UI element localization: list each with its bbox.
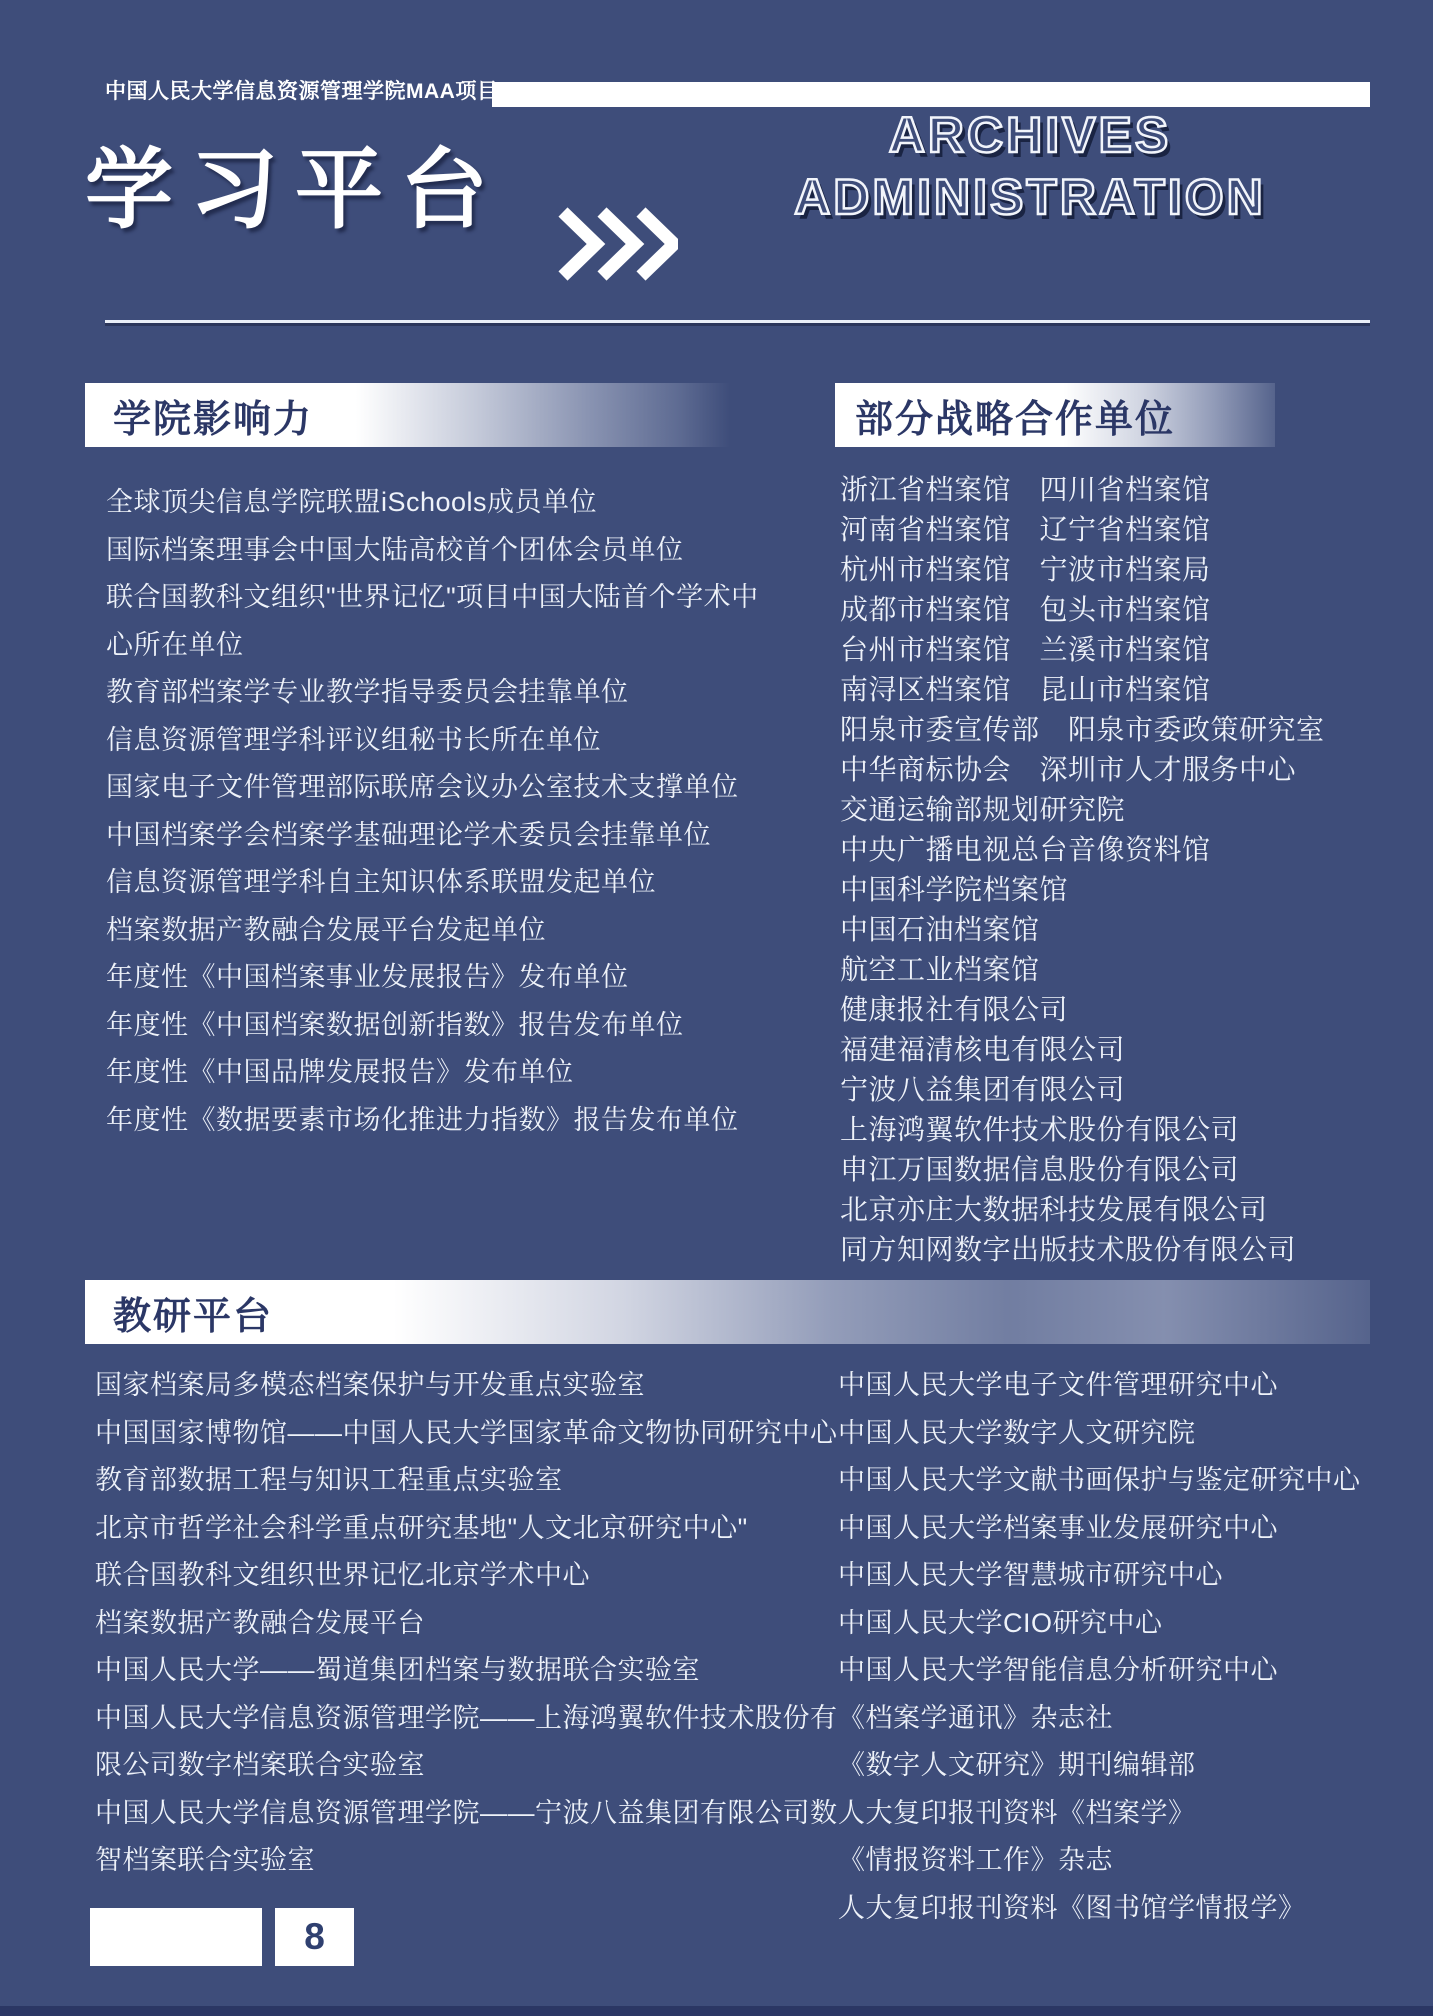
title-en-line2: ADMINISTRATION xyxy=(700,166,1360,228)
influence-list: 全球顶尖信息学院联盟iSchools成员单位国际档案理事会中国大陆高校首个团体会… xyxy=(106,479,774,1144)
list-item: 中国档案学会档案学基础理论学术委员会挂靠单位 xyxy=(106,812,774,860)
partners-list: 浙江省档案馆 四川省档案馆河南省档案馆 辽宁省档案馆杭州市档案馆 宁波市档案局成… xyxy=(840,470,1370,1270)
section-heading-influence: 学院影响力 xyxy=(85,383,730,447)
list-item: 中国人民大学信息资源管理学院——上海鸿翼软件技术股份有限公司数字档案联合实验室 xyxy=(95,1695,857,1790)
list-item: 交通运输部规划研究院 xyxy=(840,790,1370,830)
brochure-page: 中国人民大学信息资源管理学院MAA项目 学习平台 ARCHIVES ADMINI… xyxy=(0,0,1433,2016)
list-item: 中华商标协会 深圳市人才服务中心 xyxy=(840,750,1370,790)
list-item: 年度性《中国品牌发展报告》发布单位 xyxy=(106,1049,774,1097)
list-item: 年度性《中国档案事业发展报告》发布单位 xyxy=(106,954,774,1002)
list-item: 全球顶尖信息学院联盟iSchools成员单位 xyxy=(106,479,774,527)
list-item: 中国国家博物馆——中国人民大学国家革命文物协同研究中心 xyxy=(95,1410,857,1458)
page-number-box: 8 xyxy=(275,1908,354,1966)
program-label: 中国人民大学信息资源管理学院MAA项目 xyxy=(105,78,498,106)
triple-right-chevron-icon xyxy=(556,206,678,282)
list-item: 信息资源管理学科评议组秘书长所在单位 xyxy=(106,717,774,765)
page-title-english: ARCHIVES ADMINISTRATION xyxy=(700,104,1360,228)
list-item: 中国科学院档案馆 xyxy=(840,870,1370,910)
list-item: 南浔区档案馆 昆山市档案馆 xyxy=(840,670,1370,710)
list-item: 联合国教科文组织世界记忆北京学术中心 xyxy=(95,1552,857,1600)
list-item: 杭州市档案馆 宁波市档案局 xyxy=(840,550,1370,590)
list-item: 国家档案局多模态档案保护与开发重点实验室 xyxy=(95,1362,857,1410)
list-item: 中国人民大学文献书画保护与鉴定研究中心 xyxy=(838,1457,1398,1505)
list-item: 中国人民大学CIO研究中心 xyxy=(838,1600,1398,1648)
list-item: 阳泉市委宣传部 阳泉市委政策研究室 xyxy=(840,710,1370,750)
title-en-line1: ARCHIVES xyxy=(700,104,1360,166)
list-item: 中国人民大学智能信息分析研究中心 xyxy=(838,1647,1398,1695)
list-item: 上海鸿翼软件技术股份有限公司 xyxy=(840,1110,1370,1150)
platforms-list-right: 中国人民大学电子文件管理研究中心中国人民大学数字人文研究院中国人民大学文献书画保… xyxy=(838,1362,1398,1932)
platforms-list-left: 国家档案局多模态档案保护与开发重点实验室中国国家博物馆——中国人民大学国家革命文… xyxy=(95,1362,857,1885)
list-item: 中国人民大学档案事业发展研究中心 xyxy=(838,1505,1398,1553)
list-item: 航空工业档案馆 xyxy=(840,950,1370,990)
list-item: 年度性《数据要素市场化推进力指数》报告发布单位 xyxy=(106,1097,774,1145)
list-item: 申江万国数据信息股份有限公司 xyxy=(840,1150,1370,1190)
footer-white-box xyxy=(90,1908,262,1966)
list-item: 福建福清核电有限公司 xyxy=(840,1030,1370,1070)
list-item: 中国人民大学信息资源管理学院——宁波八益集团有限公司数智档案联合实验室 xyxy=(95,1790,857,1885)
page-title: 学习平台 xyxy=(85,142,505,238)
list-item: 中国石油档案馆 xyxy=(840,910,1370,950)
list-item: 中国人民大学电子文件管理研究中心 xyxy=(838,1362,1398,1410)
list-item: 成都市档案馆 包头市档案馆 xyxy=(840,590,1370,630)
list-item: 中央广播电视总台音像资料馆 xyxy=(840,830,1370,870)
heading-label: 学院影响力 xyxy=(113,388,313,443)
list-item: 国际档案理事会中国大陆高校首个团体会员单位 xyxy=(106,527,774,575)
section-heading-platforms: 教研平台 xyxy=(85,1280,1370,1344)
list-item: 教育部档案学专业教学指导委员会挂靠单位 xyxy=(106,669,774,717)
list-item: 台州市档案馆 兰溪市档案馆 xyxy=(840,630,1370,670)
list-item: 北京市哲学社会科学重点研究基地"人文北京研究中心" xyxy=(95,1505,857,1553)
divider-rule xyxy=(105,320,1370,323)
list-item: 宁波八益集团有限公司 xyxy=(840,1070,1370,1110)
list-item: 健康报社有限公司 xyxy=(840,990,1370,1030)
list-item: 国家电子文件管理部际联席会议办公室技术支撑单位 xyxy=(106,764,774,812)
list-item: 联合国教科文组织"世界记忆"项目中国大陆首个学术中心所在单位 xyxy=(106,574,774,669)
list-item: 年度性《中国档案数据创新指数》报告发布单位 xyxy=(106,1002,774,1050)
list-item: 人大复印报刊资料《图书馆学情报学》 xyxy=(838,1885,1398,1933)
page-number: 8 xyxy=(304,1916,325,1958)
list-item: 同方知网数字出版技术股份有限公司 xyxy=(840,1230,1370,1270)
list-item: 信息资源管理学科自主知识体系联盟发起单位 xyxy=(106,859,774,907)
list-item: 教育部数据工程与知识工程重点实验室 xyxy=(95,1457,857,1505)
list-item: 档案数据产教融合发展平台 xyxy=(95,1600,857,1648)
list-item: 河南省档案馆 辽宁省档案馆 xyxy=(840,510,1370,550)
list-item: 《数字人文研究》期刊编辑部 xyxy=(838,1742,1398,1790)
bottom-edge-strip xyxy=(0,2006,1433,2016)
list-item: 档案数据产教融合发展平台发起单位 xyxy=(106,907,774,955)
list-item: 北京亦庄大数据科技发展有限公司 xyxy=(840,1190,1370,1230)
list-item: 浙江省档案馆 四川省档案馆 xyxy=(840,470,1370,510)
list-item: 《情报资料工作》杂志 xyxy=(838,1837,1398,1885)
heading-label: 部分战略合作单位 xyxy=(855,388,1175,443)
section-heading-partners: 部分战略合作单位 xyxy=(835,383,1275,447)
list-item: 《档案学通讯》杂志社 xyxy=(838,1695,1398,1743)
heading-label: 教研平台 xyxy=(113,1285,273,1340)
list-item: 中国人民大学——蜀道集团档案与数据联合实验室 xyxy=(95,1647,857,1695)
list-item: 中国人民大学智慧城市研究中心 xyxy=(838,1552,1398,1600)
list-item: 中国人民大学数字人文研究院 xyxy=(838,1410,1398,1458)
list-item: 人大复印报刊资料《档案学》 xyxy=(838,1790,1398,1838)
